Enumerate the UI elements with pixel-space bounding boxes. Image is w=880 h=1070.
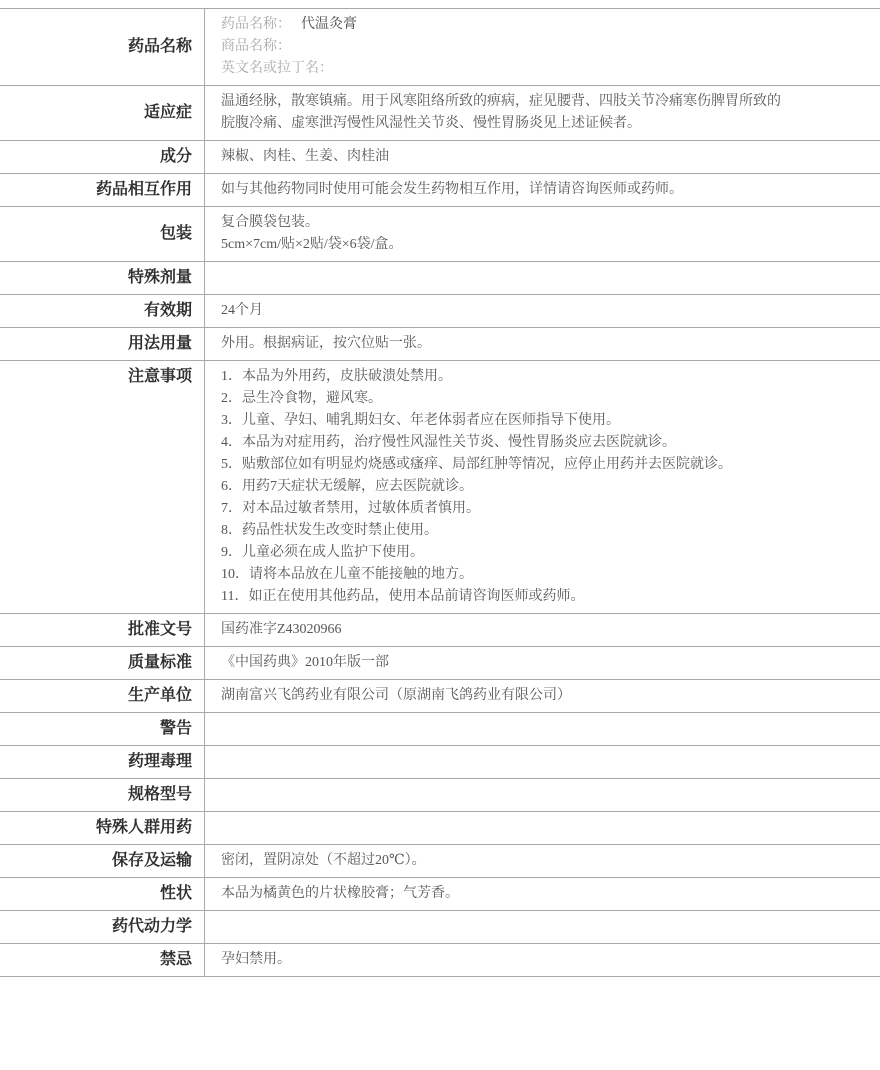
row-label: 性状 — [0, 878, 205, 910]
row-label: 药理毒理 — [0, 746, 205, 778]
row-content — [205, 911, 880, 943]
row-label: 注意事项 — [0, 361, 205, 613]
row-label: 特殊人群用药 — [0, 812, 205, 844]
drug-info-table: 药品名称药品名称：代温灸膏商品名称：英文名或拉丁名：适应症温通经脉，散寒镇痛。用… — [0, 8, 880, 977]
content-line: 3．儿童、孕妇、哺乳期妇女、年老体弱者应在医师指导下使用。 — [221, 410, 870, 432]
row-label: 禁忌 — [0, 944, 205, 976]
row-label: 药品名称 — [0, 9, 205, 85]
content-line: 药品名称：代温灸膏 — [221, 14, 870, 36]
row-content: 本品为橘黄色的片状橡胶膏；气芳香。 — [205, 878, 880, 910]
content-line: 9．儿童必须在成人监护下使用。 — [221, 542, 870, 564]
table-row: 适应症温通经脉，散寒镇痛。用于风寒阻络所致的痹病，症见腰背、四肢关节冷痛寒伤脾胃… — [0, 86, 880, 141]
table-row: 有效期24个月 — [0, 295, 880, 328]
content-line: 密闭，置阴凉处（不超过20℃）。 — [221, 850, 870, 872]
table-row: 包装复合膜袋包装。5cm×7cm/贴×2贴/袋×6袋/盒。 — [0, 207, 880, 262]
table-row: 质量标准《中国药典》2010年版一部 — [0, 647, 880, 680]
field-key: 药品名称： — [221, 17, 291, 32]
row-label: 成分 — [0, 141, 205, 173]
table-row: 药品相互作用如与其他药物同时使用可能会发生药物相互作用，详情请咨询医师或药师。 — [0, 174, 880, 207]
table-row: 批准文号国药准字Z43020966 — [0, 614, 880, 647]
row-label: 规格型号 — [0, 779, 205, 811]
row-content: 密闭，置阴凉处（不超过20℃）。 — [205, 845, 880, 877]
row-content: 复合膜袋包装。5cm×7cm/贴×2贴/袋×6袋/盒。 — [205, 207, 880, 261]
content-line: 11．如正在使用其他药品，使用本品前请咨询医师或药师。 — [221, 586, 870, 608]
content-line: 2．忌生冷食物，避风寒。 — [221, 388, 870, 410]
table-row: 规格型号 — [0, 779, 880, 812]
table-row: 特殊剂量 — [0, 262, 880, 295]
row-content: 外用。根据病证，按穴位贴一张。 — [205, 328, 880, 360]
table-row: 警告 — [0, 713, 880, 746]
content-line: 湖南富兴飞鸽药业有限公司（原湖南飞鸽药业有限公司） — [221, 685, 870, 707]
table-row: 保存及运输密闭，置阴凉处（不超过20℃）。 — [0, 845, 880, 878]
content-line: 8．药品性状发生改变时禁止使用。 — [221, 520, 870, 542]
content-line: 如与其他药物同时使用可能会发生药物相互作用，详情请咨询医师或药师。 — [221, 179, 870, 201]
field-value: 代温灸膏 — [301, 17, 357, 32]
row-content: 温通经脉，散寒镇痛。用于风寒阻络所致的痹病，症见腰背、四肢关节冷痛寒伤脾胃所致的… — [205, 86, 880, 140]
row-content: 如与其他药物同时使用可能会发生药物相互作用，详情请咨询医师或药师。 — [205, 174, 880, 206]
row-label: 有效期 — [0, 295, 205, 327]
row-label: 批准文号 — [0, 614, 205, 646]
field-key: 商品名称： — [221, 39, 291, 54]
content-line: 商品名称： — [221, 36, 870, 58]
content-line: 《中国药典》2010年版一部 — [221, 652, 870, 674]
row-content: 湖南富兴飞鸽药业有限公司（原湖南飞鸽药业有限公司） — [205, 680, 880, 712]
row-label: 生产单位 — [0, 680, 205, 712]
table-row: 用法用量外用。根据病证，按穴位贴一张。 — [0, 328, 880, 361]
row-content: 辣椒、肉桂、生姜、肉桂油 — [205, 141, 880, 173]
row-label: 用法用量 — [0, 328, 205, 360]
table-row: 药理毒理 — [0, 746, 880, 779]
table-row: 特殊人群用药 — [0, 812, 880, 845]
row-label: 特殊剂量 — [0, 262, 205, 294]
row-content: 《中国药典》2010年版一部 — [205, 647, 880, 679]
table-row: 生产单位湖南富兴飞鸽药业有限公司（原湖南飞鸽药业有限公司） — [0, 680, 880, 713]
table-row: 药代动力学 — [0, 911, 880, 944]
content-line: 1．本品为外用药，皮肤破溃处禁用。 — [221, 366, 870, 388]
row-label: 警告 — [0, 713, 205, 745]
content-line: 国药准字Z43020966 — [221, 619, 870, 641]
row-content — [205, 262, 880, 294]
content-line: 本品为橘黄色的片状橡胶膏；气芳香。 — [221, 883, 870, 905]
row-content — [205, 713, 880, 745]
content-line: 辣椒、肉桂、生姜、肉桂油 — [221, 146, 870, 168]
content-line: 英文名或拉丁名： — [221, 58, 870, 80]
row-content — [205, 779, 880, 811]
table-row: 药品名称药品名称：代温灸膏商品名称：英文名或拉丁名： — [0, 9, 880, 86]
row-content: 药品名称：代温灸膏商品名称：英文名或拉丁名： — [205, 9, 880, 85]
content-line: 7．对本品过敏者禁用，过敏体质者慎用。 — [221, 498, 870, 520]
content-line: 外用。根据病证，按穴位贴一张。 — [221, 333, 870, 355]
row-content: 24个月 — [205, 295, 880, 327]
row-label: 药代动力学 — [0, 911, 205, 943]
content-line: 4．本品为对症用药，治疗慢性风湿性关节炎、慢性胃肠炎应去医院就诊。 — [221, 432, 870, 454]
row-label: 包装 — [0, 207, 205, 261]
drug-info-page: 药品名称药品名称：代温灸膏商品名称：英文名或拉丁名：适应症温通经脉，散寒镇痛。用… — [0, 8, 880, 1070]
content-line: 5cm×7cm/贴×2贴/袋×6袋/盒。 — [221, 234, 870, 256]
row-content — [205, 812, 880, 844]
content-line: 6．用药7天症状无缓解，应去医院就诊。 — [221, 476, 870, 498]
content-line: 24个月 — [221, 300, 870, 322]
content-line: 10．请将本品放在儿童不能接触的地方。 — [221, 564, 870, 586]
row-label: 保存及运输 — [0, 845, 205, 877]
row-content: 国药准字Z43020966 — [205, 614, 880, 646]
content-line: 脘腹冷痛、虚寒泄泻慢性风湿性关节炎、慢性胃肠炎见上述证候者。 — [221, 113, 870, 135]
content-line: 孕妇禁用。 — [221, 949, 870, 971]
table-row: 注意事项1．本品为外用药，皮肤破溃处禁用。2．忌生冷食物，避风寒。3．儿童、孕妇… — [0, 361, 880, 614]
row-label: 适应症 — [0, 86, 205, 140]
row-label: 质量标准 — [0, 647, 205, 679]
field-key: 英文名或拉丁名： — [221, 61, 333, 76]
content-line: 复合膜袋包装。 — [221, 212, 870, 234]
table-row: 禁忌孕妇禁用。 — [0, 944, 880, 977]
row-content: 孕妇禁用。 — [205, 944, 880, 976]
row-content — [205, 746, 880, 778]
content-line: 5．贴敷部位如有明显灼烧感或瘙痒、局部红肿等情况，应停止用药并去医院就诊。 — [221, 454, 870, 476]
table-row: 成分辣椒、肉桂、生姜、肉桂油 — [0, 141, 880, 174]
row-content: 1．本品为外用药，皮肤破溃处禁用。2．忌生冷食物，避风寒。3．儿童、孕妇、哺乳期… — [205, 361, 880, 613]
content-line: 温通经脉，散寒镇痛。用于风寒阻络所致的痹病，症见腰背、四肢关节冷痛寒伤脾胃所致的 — [221, 91, 870, 113]
row-label: 药品相互作用 — [0, 174, 205, 206]
table-row: 性状本品为橘黄色的片状橡胶膏；气芳香。 — [0, 878, 880, 911]
